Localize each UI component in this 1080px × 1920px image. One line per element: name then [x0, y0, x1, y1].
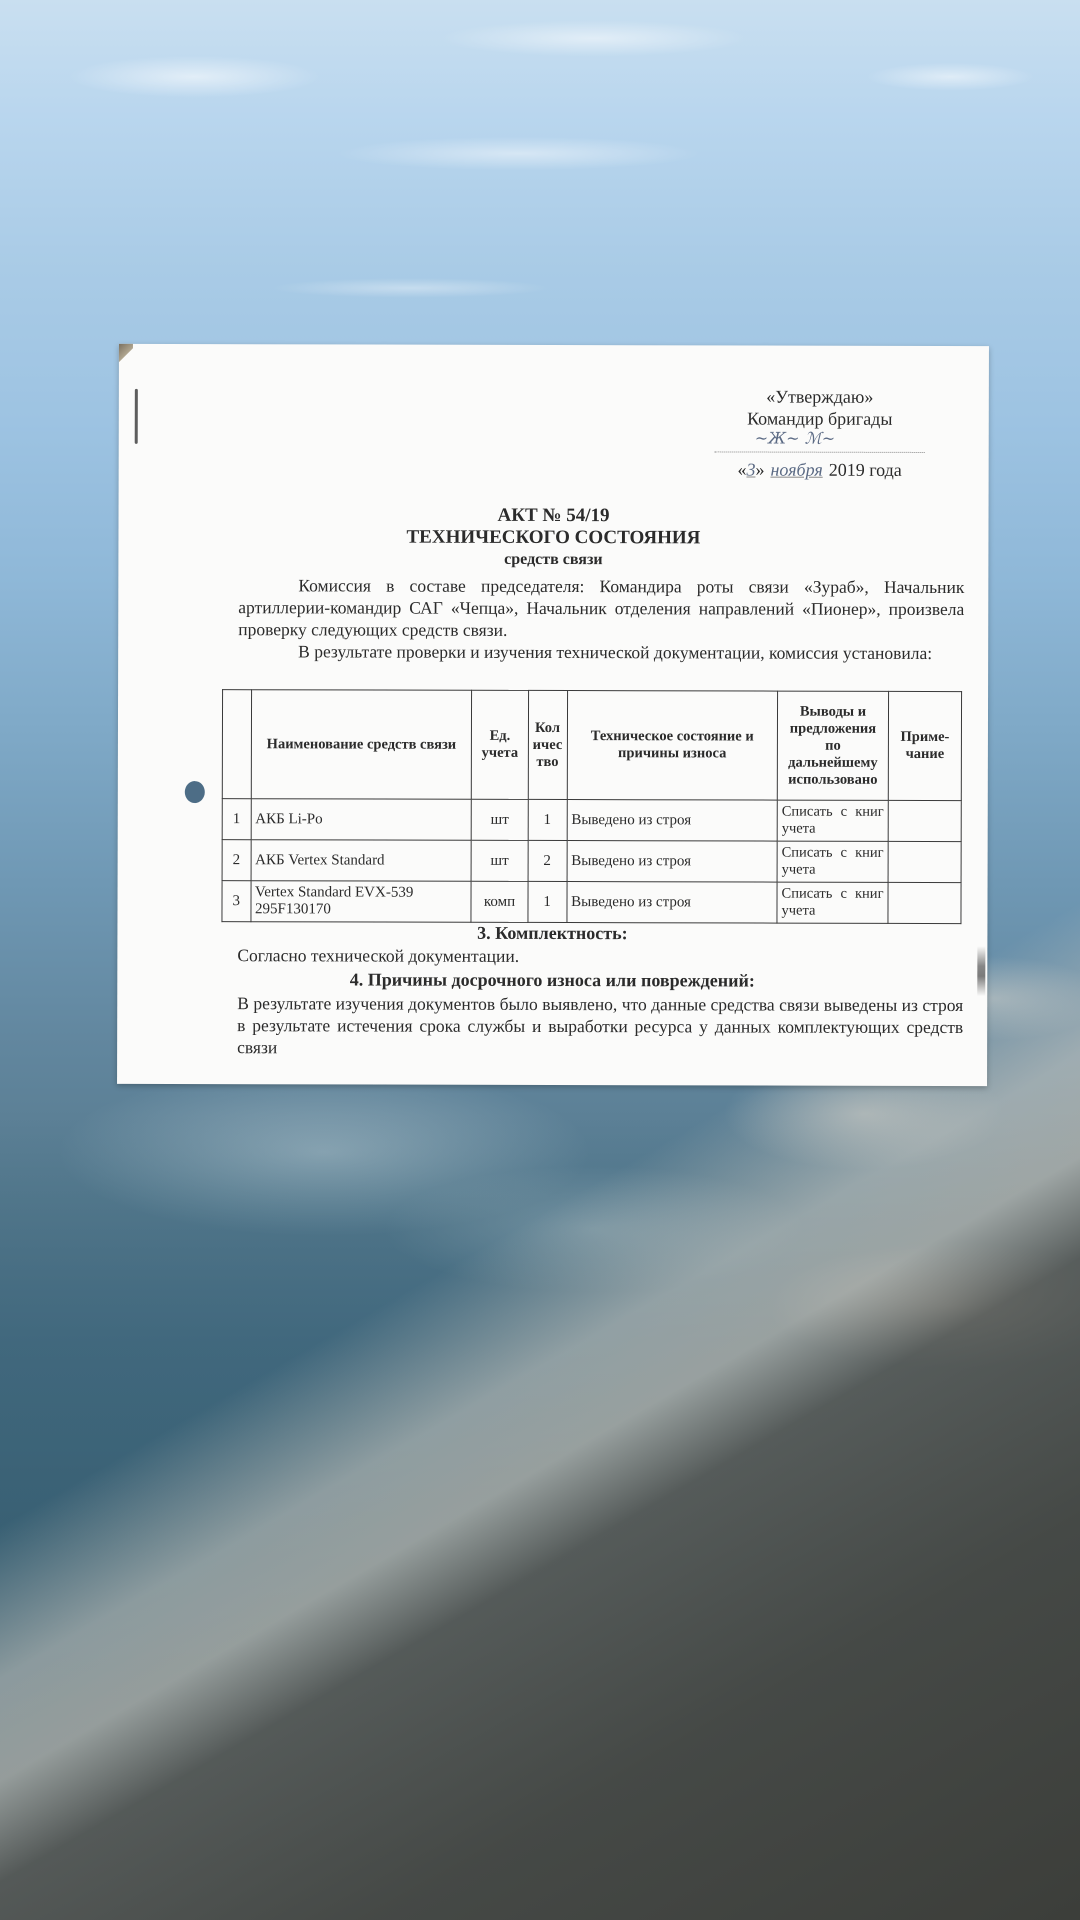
signature: ~Ж~ ℳ~: [755, 428, 835, 450]
margin-mark: [135, 389, 138, 444]
col-conclusions: Выводы и предложения по дальнейшему испо…: [777, 691, 888, 800]
col-num: [222, 690, 251, 799]
date-year: 2019 года: [829, 459, 902, 481]
table-row: 1 АКБ Li-Po шт 1 Выведено из строя Списа…: [222, 799, 961, 842]
punch-hole: [185, 781, 205, 803]
act-title: ТЕХНИЧЕСКОГО СОСТОЯНИЯ: [118, 526, 988, 550]
table-row: 2 АКБ Vertex Standard шт 2 Выведено из с…: [222, 840, 961, 883]
col-state: Техническое состояние и причины износа: [567, 691, 778, 801]
approval-line1: «Утверждаю»: [705, 385, 935, 408]
approval-date: «3» ноября 2019 года: [705, 458, 935, 481]
approval-line2: Командир бригады: [705, 407, 935, 430]
findings-intro: В результате проверки и изучения техниче…: [238, 640, 964, 664]
col-unit: Ед. учета: [472, 690, 528, 799]
table-row: 3 Vertex Standard EVX-539 295F130170 ком…: [222, 881, 961, 924]
section-3-heading: 3. Комплектность:: [117, 922, 987, 945]
table-header-row: Наименование средств связи Ед. учета Кол…: [222, 690, 961, 801]
col-name: Наименование средств связи: [251, 690, 472, 800]
act-subtitle: средств связи: [118, 548, 988, 572]
equipment-table: Наименование средств связи Ед. учета Кол…: [221, 689, 962, 924]
section-3-text: Согласно технической документации.: [237, 944, 963, 968]
act-number: АКТ № 54/19: [118, 504, 988, 528]
torn-corner: [119, 344, 133, 366]
col-qty: Количество: [528, 690, 567, 799]
date-month: ноября: [770, 459, 822, 481]
document-page: «Утверждаю» Командир бригады ~Ж~ ℳ~ «3» …: [117, 344, 989, 1086]
date-day: 3: [746, 460, 755, 480]
section-4-text: В результате изучения документов было вы…: [237, 992, 963, 1060]
signature-line: ~Ж~ ℳ~: [715, 433, 925, 453]
commission-paragraph: Комиссия в составе председателя: Команди…: [238, 574, 964, 642]
col-note: Приме-чание: [888, 691, 961, 800]
approval-stamp: «Утверждаю» Командир бригады ~Ж~ ℳ~ «3» …: [705, 385, 935, 481]
section-4-heading: 4. Причины досрочного износа или поврежд…: [117, 969, 987, 992]
document-title: АКТ № 54/19 ТЕХНИЧЕСКОГО СОСТОЯНИЯ средс…: [118, 504, 988, 572]
